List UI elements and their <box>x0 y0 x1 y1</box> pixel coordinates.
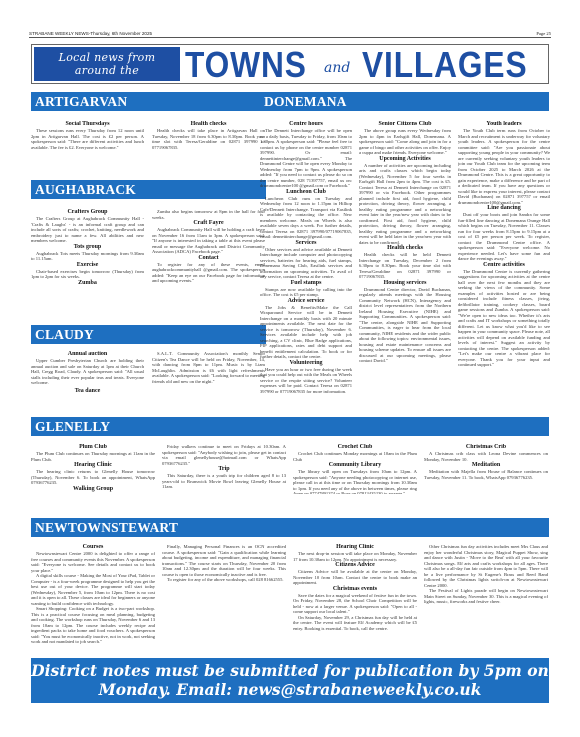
running-head: STRABANE WEEKLY NEWS-Thursday, 6th Novem… <box>29 31 551 38</box>
headline-crafters-group: Crafters Group <box>31 209 144 216</box>
article-body: Crochet Club continues Monday mornings a… <box>293 451 417 462</box>
article-body: Dust off your boots and join Sandra for … <box>458 212 550 262</box>
headline-hearing-clinic: Hearing Clinic <box>293 544 417 551</box>
article-body: This Saturday, there is a youth trip for… <box>162 473 286 490</box>
masthead-tagline-box: Local news from around the <box>34 47 180 81</box>
section-header-donemana: DONEMANA <box>260 92 549 111</box>
headline-youth-leaders: Youth leaders <box>458 121 550 128</box>
claudy-col1: Annual auction Upper Cumber Presbyterian… <box>31 351 144 413</box>
newtownstewart-col1: Courses Newtownstewart Centre 2000 is de… <box>31 544 155 654</box>
masthead-towns: TOWNS <box>185 44 307 86</box>
section-header-claudy: CLAUDY <box>31 325 266 344</box>
artigarvan-col1: Social Thursdays These sessions runs eve… <box>31 121 144 177</box>
headline-health-checks: Health checks <box>359 245 451 252</box>
glenelly-col4: Christmas Crib A Christmas crib class wi… <box>424 444 548 494</box>
headline-contact: Contact <box>152 255 265 262</box>
headline-craft-fayre: Craft Fayre <box>152 220 265 227</box>
article-body: Drummond Centre director, David Buchanan… <box>359 287 451 364</box>
article-body: Stamps are now available by calling into… <box>260 287 352 298</box>
section-header-glenelly: GLENELLY <box>31 417 549 436</box>
headline-luncheon-club: Luncheon Club <box>260 189 352 196</box>
headline-annual-auction: Annual auction <box>31 351 144 358</box>
headline-christmas-events: Christmas events <box>293 586 417 593</box>
article-body: Aughabrack Tots meets Thursday mornings … <box>31 251 144 262</box>
article-body: Chair-based exercises begin tomorrow (Th… <box>31 269 144 280</box>
newtownstewart-col4: Other Christmas fun day activities inclu… <box>424 544 548 654</box>
article-body: Friday walkers continue to meet on Frida… <box>162 444 286 466</box>
article-body: The library will open on Tuesdays from 1… <box>293 469 417 494</box>
masthead-and: and <box>324 60 350 76</box>
donemana-col2: Senior Citizens Club The above group run… <box>359 121 451 413</box>
masthead-villages: VILLAGES <box>362 44 527 86</box>
glenelly-col1: Plum Club The Plum Club continues on Thu… <box>31 444 155 494</box>
headline-upcoming-activities: Upcoming Activities <box>359 156 451 163</box>
article-body: Health checks will be held Dennett Inter… <box>359 252 451 280</box>
headline-social-thursdays: Social Thursdays <box>31 121 144 128</box>
masthead: Local news from around the TOWNS and VIL… <box>31 44 549 84</box>
submission-notice-line1: District notes must be submitted for pub… <box>31 661 549 680</box>
article-body: Aughabrack Community Hall will be holdin… <box>152 227 265 255</box>
donemana-col1: Centre hours The Dennett Interchange off… <box>260 121 352 413</box>
article-body: The above group runs every Wednesday fro… <box>359 128 451 156</box>
aughabrack-col1: Crafters Group The Crafters Group at Aug… <box>31 209 144 327</box>
headline-centre-hours: Centre hours <box>260 121 352 128</box>
headline-fuel-stamps: Fuel stamps <box>260 280 352 287</box>
article-body: The Youth Club term runs from October to… <box>458 128 550 205</box>
article-body: Save the dates for a magical weekend of … <box>293 593 417 615</box>
headline-community-library: Community Library <box>293 462 417 469</box>
glenelly-col2: Friday walkers continue to meet on Frida… <box>162 444 286 494</box>
article-body: Finally, Managing Personal Finances is a… <box>162 544 286 577</box>
article-body: These sessions runs every Thursday from … <box>31 128 144 150</box>
article-body: Smart Shopping: Cooking on a Budget is a… <box>31 606 155 645</box>
headline-zumba: Zumba <box>31 280 144 287</box>
newtownstewart-col3: Hearing Clinic The next drop-in session … <box>293 544 417 654</box>
article-body: Luncheon Club runs on Tuesday and Wednes… <box>260 196 352 240</box>
article-body: The Drummond Centre is currently gatheri… <box>458 269 550 368</box>
page-number: Page 25 <box>536 31 551 36</box>
headline-health-checks: Health checks <box>152 121 265 128</box>
article-body: To register for any of the above worksho… <box>162 577 286 583</box>
headline-meditation: Meditation <box>424 462 548 469</box>
glenelly-col3: Crochet Club Crochet Club continues Mond… <box>293 444 417 494</box>
headline-tea-dance: Tea dance <box>31 388 144 395</box>
article-body: The Plum Club continues on Thursday morn… <box>31 451 155 462</box>
headline-exercise: Exercise <box>31 262 144 269</box>
headline-walking-group: Walking Group <box>31 486 155 493</box>
article-body: Newtownstewart Centre 2000 is delighted … <box>31 551 155 573</box>
section-header-artigarvan: ARTIGARVAN <box>31 92 266 111</box>
article-body: On Saturday, November 29, a Christmas fu… <box>293 615 417 632</box>
section-header-newtownstewart: NEWTOWNSTEWART <box>31 518 549 537</box>
masthead-tagline-line2: around the <box>34 64 180 77</box>
headline-christmas-crib: Christmas Crib <box>424 444 548 451</box>
artigarvan-col2: Health checks Health checks will take pl… <box>152 121 265 177</box>
headline-courses: Courses <box>31 544 155 551</box>
headline-centre-activities: Centre activities <box>458 262 550 269</box>
submission-notice-banner: District notes must be submitted for pub… <box>31 658 549 703</box>
article-body: Other services and advice available at D… <box>260 247 352 280</box>
newtownstewart-col2: Finally, Managing Personal Finances is a… <box>162 544 286 654</box>
headline-hearing-clinic: Hearing Clinic <box>31 462 155 469</box>
headline-advice-service: Advice service <box>260 298 352 305</box>
newspaper-page: STRABANE WEEKLY NEWS-Thursday, 6th Novem… <box>29 0 551 737</box>
claudy-col2: S.A.L.T. Community Association's monthly… <box>152 351 265 413</box>
submission-notice-line2: Monday. Email: news@strabaneweekly.co.uk <box>31 680 549 699</box>
masthead-tagline-line1: Local news from <box>34 51 180 64</box>
article-body: Zumba also begins tomorrow at 8pm in the… <box>152 209 265 220</box>
aughabrack-col2: Zumba also begins tomorrow at 8pm in the… <box>152 209 265 327</box>
section-header-aughabrack: AUGHABRACK <box>31 180 266 199</box>
headline-citizens-advice: Citizens Advice <box>293 562 417 569</box>
article-body: Meditation with Majella from House of Ba… <box>424 469 548 480</box>
article-body: A Christmas crib class with Leona Devine… <box>424 451 548 462</box>
headline-volunteering: Volunteering <box>260 360 352 367</box>
article-body: The Dennett Interchange office will be o… <box>260 128 352 189</box>
article-body: Upper Cumber Presbyterian Church are hol… <box>31 358 144 386</box>
headline-housing-services: Housing services <box>359 280 451 287</box>
article-body: Have you an hour or two free during the … <box>260 367 352 395</box>
article-body: A digital skills course - Making the Mos… <box>31 573 155 606</box>
article-body: The next drop-in session will take place… <box>293 551 417 562</box>
headline-tots-group: Tots group <box>31 244 144 251</box>
article-body: S.A.L.T. Community Association's monthly… <box>152 351 265 384</box>
article-body: The Crafters Group at Aughabrack Communi… <box>31 216 144 244</box>
article-body: Health checks will take place in Artigar… <box>152 128 265 150</box>
article-body: Citizens Advice will be available at the… <box>293 569 417 586</box>
article-body: A number of activities are upcoming incl… <box>359 163 451 246</box>
headline-services: Services <box>260 240 352 247</box>
article-body: The hearing clinic returns to Glenelly H… <box>31 469 155 486</box>
headline-line-dancing: Line dancing <box>458 205 550 212</box>
headline-trip: Trip <box>162 466 286 473</box>
publication-date-line: STRABANE WEEKLY NEWS-Thursday, 6th Novem… <box>29 31 152 36</box>
article-body: Other Christmas fun day activities inclu… <box>424 544 548 588</box>
headline-crochet-club: Crochet Club <box>293 444 417 451</box>
headline-senior-citizens-club: Senior Citizens Club <box>359 121 451 128</box>
article-body: The Festival of Lights parade will begin… <box>424 588 548 605</box>
headline-plum-club: Plum Club <box>31 444 155 451</box>
article-body: To register for any of these events, ema… <box>152 262 265 284</box>
donemana-col3: Youth leaders The Youth Club term runs f… <box>458 121 550 413</box>
article-body: The Jobs & Benefits/Make the Call Wrapar… <box>260 305 352 360</box>
